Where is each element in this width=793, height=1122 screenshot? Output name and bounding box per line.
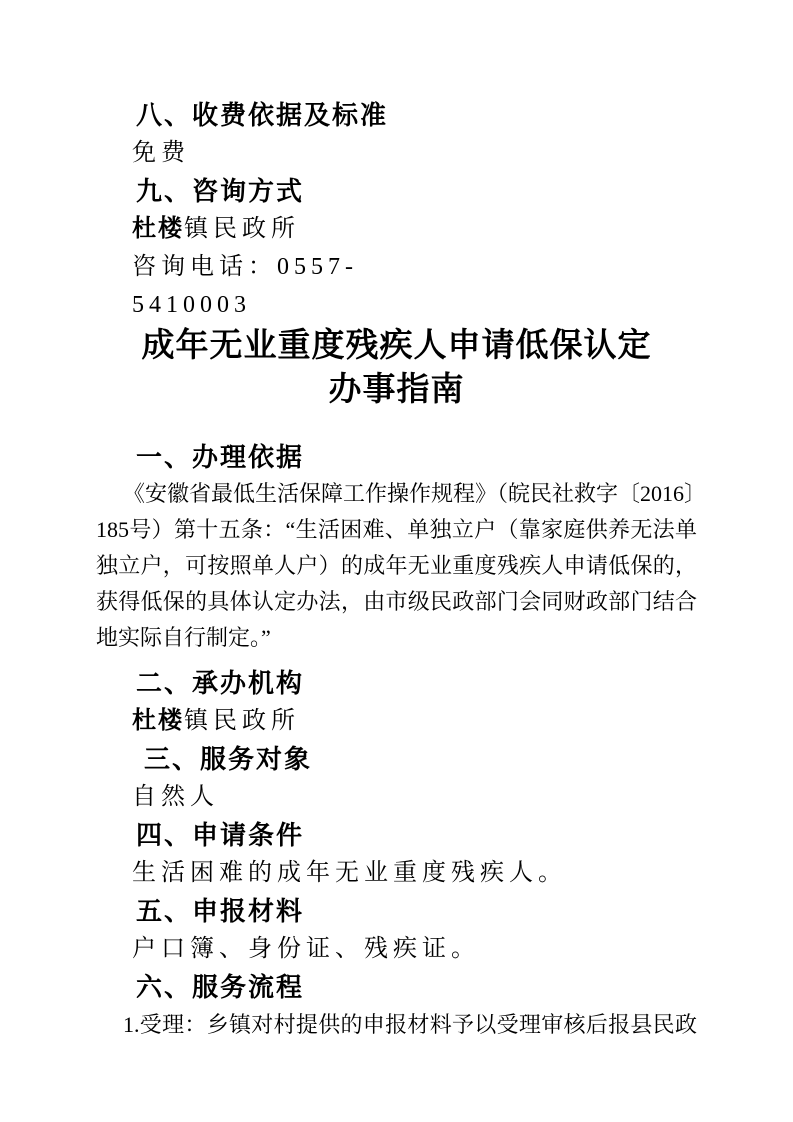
law-paragraph-line-2: 185号）第十五条：“生活困难、单独立户（靠家庭供养无法单 — [96, 512, 697, 548]
section-4-heading: 四、申请条件 — [96, 816, 697, 854]
phone-label-line: 咨询电话：0557- — [96, 248, 697, 286]
prev-agency-line: 杜楼镇民政所 — [96, 210, 697, 248]
section-2-agency-line: 杜楼镇民政所 — [96, 702, 697, 740]
guide-title-line1: 成年无业重度残疾人申请低保认定 — [96, 324, 697, 368]
section-6-step-line: 1.受理：乡镇对村提供的申报材料予以受理审核后报县民政 — [96, 1006, 697, 1044]
section-2-heading: 二、承办机构 — [96, 664, 697, 702]
prev-section-8-body: 免费 — [96, 134, 697, 172]
document-content: 八、收费依据及标准 免费 九、咨询方式 杜楼镇民政所 咨询电话：0557- 54… — [96, 96, 697, 1044]
section-2-agency-name-bold: 杜楼 — [132, 707, 184, 734]
phone-number-line: 5410003 — [96, 286, 697, 324]
section-6-heading: 六、服务流程 — [96, 968, 697, 1006]
section-1-heading: 一、办理依据 — [96, 438, 697, 476]
guide-title-line2: 办事指南 — [96, 368, 697, 412]
section-2-agency-name-suffix: 镇民政所 — [184, 708, 300, 734]
prev-agency-name-suffix: 镇民政所 — [184, 216, 300, 242]
guide-title: 成年无业重度残疾人申请低保认定 办事指南 — [96, 324, 697, 412]
prev-section-9-heading: 九、咨询方式 — [96, 172, 697, 210]
prev-section-8-heading: 八、收费依据及标准 — [96, 96, 697, 134]
law-paragraph-line-5: 地实际自行制定。” — [96, 620, 697, 656]
section-5-heading: 五、申报材料 — [96, 892, 697, 930]
section-5-body: 户口簿、身份证、残疾证。 — [96, 930, 697, 968]
section-3-body: 自然人 — [96, 778, 697, 816]
section-3-heading: 三、服务对象 — [96, 740, 697, 778]
document-page: 八、收费依据及标准 免费 九、咨询方式 杜楼镇民政所 咨询电话：0557- 54… — [0, 0, 793, 1122]
law-paragraph-line-4: 获得低保的具体认定办法，由市级民政部门会同财政部门结合当 — [96, 584, 697, 620]
guide-sections: 一、办理依据 《安徽省最低生活保障工作操作规程》（皖民社救字〔2016〕 185… — [96, 438, 697, 1044]
law-paragraph-line-1: 《安徽省最低生活保障工作操作规程》（皖民社救字〔2016〕 — [96, 476, 697, 512]
prev-agency-name-bold: 杜楼 — [132, 215, 184, 242]
section-4-body: 生活困难的成年无业重度残疾人。 — [96, 854, 697, 892]
law-paragraph-line-3: 独立户，可按照单人户）的成年无业重度残疾人申请低保的，其 — [96, 548, 697, 584]
